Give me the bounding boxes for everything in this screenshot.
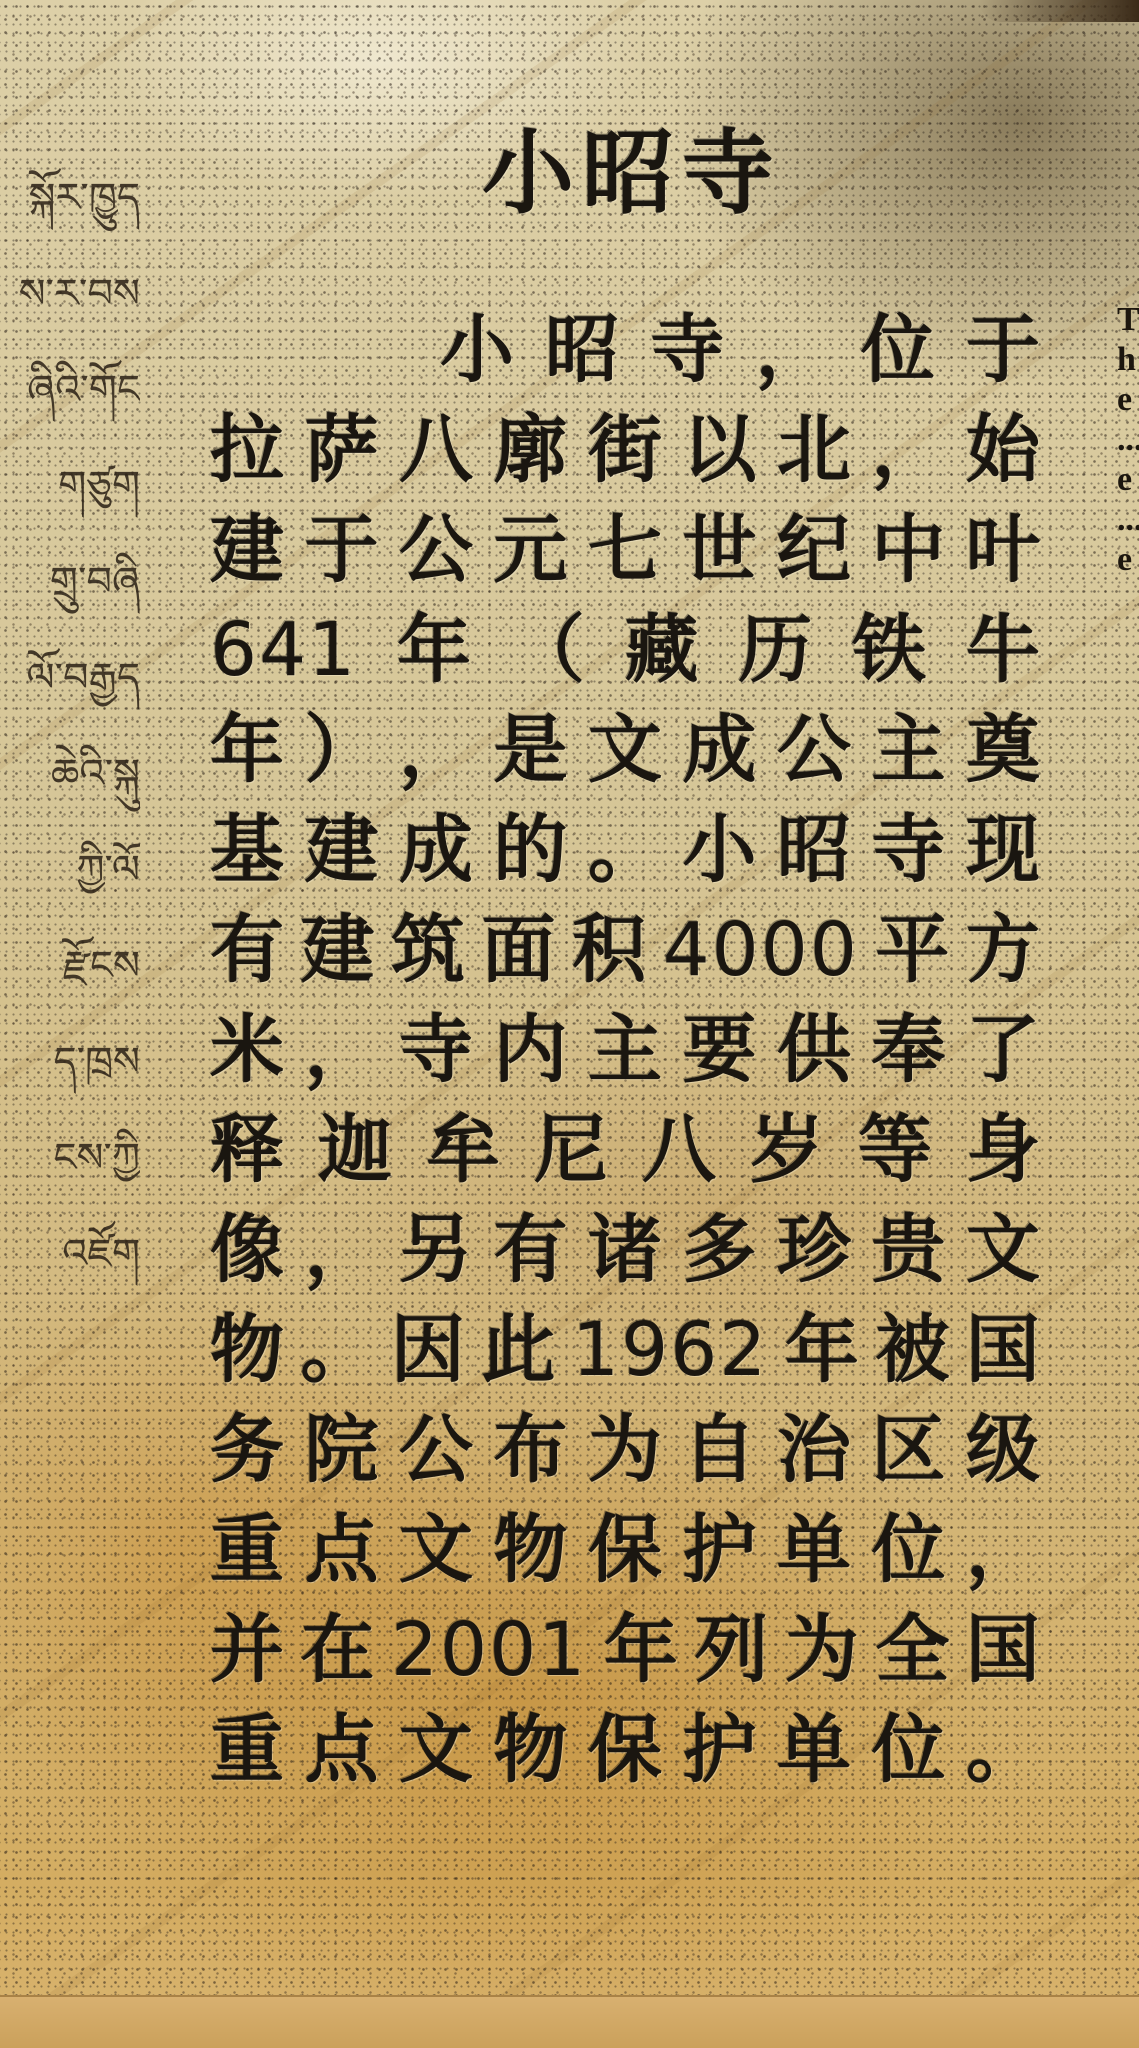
- tibetan-line: འཛོག: [0, 1216, 140, 1312]
- stone-base-ledge: [0, 1995, 1139, 2048]
- engraved-glyph: 建: [305, 813, 379, 887]
- engraved-glyph: ，: [872, 413, 946, 487]
- body-line: 米，寺内主要供奉了: [210, 1000, 1040, 1100]
- engraved-glyph: 身: [966, 1113, 1040, 1187]
- tibetan-line: ཀྱི་ལོ: [0, 832, 140, 928]
- engraved-glyph: 小: [683, 813, 757, 887]
- roof-edge-shadow: [979, 0, 1139, 22]
- engraved-glyph: 建: [301, 913, 375, 987]
- engraved-glyph: 小: [440, 313, 514, 387]
- engraved-glyph: 叶: [966, 513, 1040, 587]
- engraved-glyph: ）: [305, 713, 379, 787]
- engraved-glyph: 八: [399, 413, 473, 487]
- engraved-glyph: 位: [872, 1713, 946, 1787]
- engraved-glyph: 另: [399, 1213, 473, 1287]
- engraved-glyph: 单: [777, 1513, 851, 1587]
- tibetan-line: ད་ཁྲས: [0, 1024, 140, 1120]
- body-line: 像，另有诸多珍贵文: [210, 1200, 1040, 1300]
- engraved-glyph: 布: [494, 1413, 568, 1487]
- body-line: 务院公布为自治区级: [210, 1400, 1040, 1500]
- engraved-glyph: 为: [588, 1413, 662, 1487]
- engraved-glyph: 务: [210, 1413, 284, 1487]
- engraved-glyph: 成: [399, 813, 473, 887]
- engraved-glyph: 位: [872, 1513, 946, 1587]
- engraved-glyph: 公: [399, 1413, 473, 1487]
- engraved-glyph: 全: [875, 1613, 949, 1687]
- engraved-glyph: 岁: [750, 1113, 824, 1187]
- engraved-glyph: 文: [399, 1513, 473, 1587]
- engraved-glyph: 单: [777, 1713, 851, 1787]
- engraved-glyph: 于: [305, 513, 379, 587]
- engraved-glyph: 寺: [650, 313, 724, 387]
- engraved-glyph: 重: [210, 1713, 284, 1787]
- engraved-glyph: 自: [683, 1413, 757, 1487]
- engraved-glyph: 中: [872, 513, 946, 587]
- engraved-glyph: 主: [588, 1013, 662, 1087]
- engraved-glyph: 点: [305, 1713, 379, 1787]
- engraved-glyph: 纪: [777, 513, 851, 587]
- tibetan-line: ས་ར་བས: [0, 256, 140, 352]
- engraved-glyph: 迦: [318, 1113, 392, 1187]
- engraved-glyph: 米: [210, 1013, 284, 1087]
- engraved-glyph: 公: [777, 713, 851, 787]
- english-inscription-edge: The ... e ... e: [1117, 300, 1139, 920]
- engraved-glyph: 面: [482, 913, 556, 987]
- engraved-glyph: 建: [210, 513, 284, 587]
- engraved-glyph: 拉: [210, 413, 284, 487]
- engraved-glyph: 级: [966, 1413, 1040, 1487]
- tibetan-line: ལོ་བརྒྱད: [0, 640, 140, 736]
- engraved-glyph: 寺: [399, 1013, 473, 1087]
- engraved-glyph: 主: [872, 713, 946, 787]
- body-line: 有建筑面积4000平方: [210, 900, 1040, 1000]
- body-line: 并在2001年列为全国: [210, 1600, 1040, 1700]
- engraved-glyph: 此: [482, 1313, 556, 1387]
- engraved-glyph: 2001: [391, 1613, 587, 1687]
- engraved-glyph: 因: [391, 1313, 465, 1387]
- engraved-glyph: 641: [210, 613, 357, 687]
- engraved-glyph: 廓: [494, 413, 568, 487]
- engraved-glyph: 了: [966, 1013, 1040, 1087]
- tibetan-line: གཙུག: [0, 448, 140, 544]
- engraved-glyph: 街: [588, 413, 662, 487]
- body-line: 拉萨八廓街以北，始: [210, 400, 1040, 500]
- engraved-glyph: 牛: [966, 613, 1040, 687]
- engraved-glyph: ，: [305, 1213, 379, 1287]
- engraved-glyph: 藏: [625, 613, 699, 687]
- engraved-glyph: 为: [785, 1613, 859, 1687]
- body-line: 释迦牟尼八岁等身: [210, 1100, 1040, 1200]
- engraved-glyph: 成: [683, 713, 757, 787]
- engraved-glyph: 世: [683, 513, 757, 587]
- engraved-glyph: 院: [305, 1413, 379, 1487]
- engraved-glyph: 元: [494, 513, 568, 587]
- engraved-glyph: ，: [399, 713, 473, 787]
- sign-body: 小昭寺，位于 拉萨八廓街以北，始 建于公元七世纪中叶 641年（藏历铁牛 年），…: [210, 300, 1040, 1800]
- engraved-glyph: 年: [210, 713, 284, 787]
- tibetan-line: ངས་ཀྱི: [0, 1120, 140, 1216]
- sign-title: 小昭寺: [432, 128, 832, 220]
- engraved-glyph: 被: [875, 1313, 949, 1387]
- engraved-glyph: 点: [305, 1513, 379, 1587]
- tibetan-line: རྫོངས: [0, 928, 140, 1024]
- engraved-glyph: 于: [966, 313, 1040, 387]
- engraved-glyph: 。: [588, 813, 662, 887]
- engraved-glyph: 列: [694, 1613, 768, 1687]
- engraved-glyph: 护: [683, 1713, 757, 1787]
- engraved-glyph: 位: [861, 313, 935, 387]
- engraved-glyph: 有: [494, 1213, 568, 1287]
- engraved-glyph: 物: [494, 1513, 568, 1587]
- engraved-glyph: 物: [494, 1713, 568, 1787]
- engraved-glyph: 。: [301, 1313, 375, 1387]
- engraved-glyph: 年: [397, 613, 471, 687]
- engraved-glyph: 北: [777, 413, 851, 487]
- engraved-glyph: 贵: [872, 1213, 946, 1287]
- engraved-glyph: 珍: [777, 1213, 851, 1287]
- engraved-glyph: 像: [210, 1213, 284, 1287]
- engraved-glyph: 积: [572, 913, 646, 987]
- engraved-glyph: 要: [683, 1013, 757, 1087]
- engraved-glyph: 年: [604, 1613, 678, 1687]
- engraved-glyph: 尼: [534, 1113, 608, 1187]
- engraved-glyph: 方: [966, 913, 1040, 987]
- engraved-glyph: 诸: [588, 1213, 662, 1287]
- engraved-glyph: 年: [785, 1313, 859, 1387]
- engraved-glyph: 释: [210, 1113, 284, 1187]
- engraved-glyph: 筑: [391, 913, 465, 987]
- engraved-glyph: 始: [966, 413, 1040, 487]
- engraved-glyph: 国: [966, 1313, 1040, 1387]
- engraved-glyph: ，: [966, 1513, 1040, 1587]
- engraved-glyph: 公: [399, 513, 473, 587]
- engraved-glyph: 奠: [966, 713, 1040, 787]
- tibetan-line: སྐོར་ཁྱུད: [0, 160, 140, 256]
- engraved-glyph: ，: [756, 313, 830, 387]
- engraved-glyph: 文: [399, 1713, 473, 1787]
- tibetan-inscription-column: སྐོར་ཁྱུད ས་ར་བས ཞིའི་གོང གཙུག གྲུ་བཞི ལ…: [0, 160, 140, 1312]
- engraved-glyph: 治: [777, 1413, 851, 1487]
- engraved-glyph: 内: [494, 1013, 568, 1087]
- body-line: 重点文物保护单位，: [210, 1500, 1040, 1600]
- engraved-glyph: 4000: [663, 913, 859, 987]
- body-line: 641年（藏历铁牛: [210, 600, 1040, 700]
- engraved-glyph: 铁: [852, 613, 926, 687]
- body-line: 物。因此1962年被国: [210, 1300, 1040, 1400]
- engraved-glyph: 。: [966, 1713, 1040, 1787]
- tibetan-line: ཆེའི་སྐུ: [0, 736, 140, 832]
- engraved-glyph: 现: [966, 813, 1040, 887]
- engraved-glyph: 的: [494, 813, 568, 887]
- engraved-glyph: 保: [588, 1513, 662, 1587]
- engraved-glyph: 以: [683, 413, 757, 487]
- engraved-glyph: 奉: [872, 1013, 946, 1087]
- body-line: 建于公元七世纪中叶: [210, 500, 1040, 600]
- engraved-glyph: 1962: [572, 1313, 768, 1387]
- engraved-glyph: 并: [210, 1613, 284, 1687]
- engraved-glyph: 八: [642, 1113, 716, 1187]
- engraved-glyph: （: [511, 613, 585, 687]
- body-line: 年），是文成公主奠: [210, 700, 1040, 800]
- engraved-glyph: 牟: [426, 1113, 500, 1187]
- engraved-glyph: 国: [966, 1613, 1040, 1687]
- engraved-glyph: 等: [858, 1113, 932, 1187]
- engraved-glyph: 昭: [545, 313, 619, 387]
- engraved-glyph: 多: [683, 1213, 757, 1287]
- body-line: 基建成的。小昭寺现: [210, 800, 1040, 900]
- engraved-glyph: ，: [305, 1013, 379, 1087]
- engraved-glyph: 区: [872, 1413, 946, 1487]
- engraved-glyph: 是: [494, 713, 568, 787]
- engraved-glyph: 在: [301, 1613, 375, 1687]
- engraved-glyph: 有: [210, 913, 284, 987]
- engraved-glyph: 昭: [777, 813, 851, 887]
- tibetan-line: ཞིའི་གོང: [0, 352, 140, 448]
- engraved-glyph: 文: [966, 1213, 1040, 1287]
- body-line: 重点文物保护单位。: [210, 1700, 1040, 1800]
- engraved-glyph: 供: [777, 1013, 851, 1087]
- engraved-glyph: 物: [210, 1313, 284, 1387]
- engraved-glyph: 基: [210, 813, 284, 887]
- engraved-glyph: 护: [683, 1513, 757, 1587]
- engraved-glyph: 重: [210, 1513, 284, 1587]
- engraved-glyph: 平: [875, 913, 949, 987]
- engraved-glyph: 保: [588, 1713, 662, 1787]
- tibetan-line: གྲུ་བཞི: [0, 544, 140, 640]
- engraved-glyph: 文: [588, 713, 662, 787]
- engraved-glyph: 历: [738, 613, 812, 687]
- engraved-glyph: 七: [588, 513, 662, 587]
- engraved-glyph: 萨: [305, 413, 379, 487]
- body-line: 小昭寺，位于: [210, 300, 1040, 400]
- engraved-glyph: 寺: [872, 813, 946, 887]
